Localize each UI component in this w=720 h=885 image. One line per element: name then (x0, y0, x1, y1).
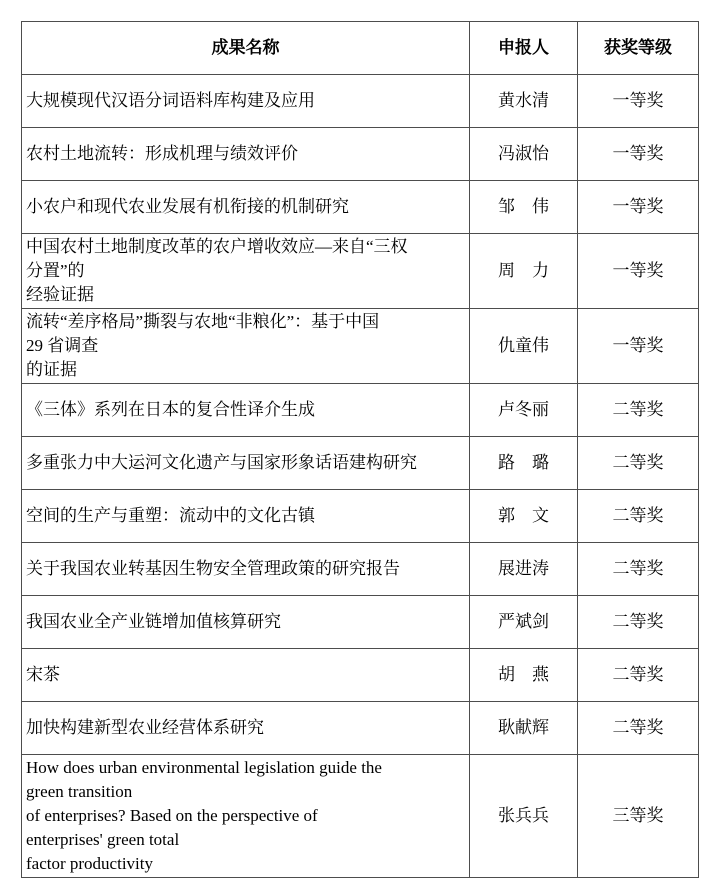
applicant-cell: 邹 伟 (470, 181, 578, 234)
awards-table-body: 大规模现代汉语分词语料库构建及应用黄水清一等奖农村土地流转：形成机理与绩效评价冯… (22, 75, 699, 878)
applicant-cell: 卢冬丽 (470, 384, 578, 437)
applicant-cell: 胡 燕 (470, 649, 578, 702)
result-name-cell: 《三体》系列在日本的复合性译介生成 (22, 384, 470, 437)
award-cell: 二等奖 (578, 490, 699, 543)
result-name-cell: 流转“差序格局”撕裂与农地“非粮化”：基于中国 29 省调查 的证据 (22, 309, 470, 384)
award-cell: 一等奖 (578, 128, 699, 181)
applicant-cell: 黄水清 (470, 75, 578, 128)
result-name-cell: 多重张力中大运河文化遗产与国家形象话语建构研究 (22, 437, 470, 490)
award-cell: 二等奖 (578, 543, 699, 596)
result-name-cell: 中国农村土地制度改革的农户增收效应—来自“三权 分置”的 经验证据 (22, 234, 470, 309)
column-header-applicant: 申报人 (470, 22, 578, 75)
result-name-cell: How does urban environmental legislation… (22, 755, 470, 878)
table-row: 农村土地流转：形成机理与绩效评价冯淑怡一等奖 (22, 128, 699, 181)
table-row: 大规模现代汉语分词语料库构建及应用黄水清一等奖 (22, 75, 699, 128)
column-header-award-level: 获奖等级 (578, 22, 699, 75)
result-name-cell: 大规模现代汉语分词语料库构建及应用 (22, 75, 470, 128)
award-cell: 一等奖 (578, 234, 699, 309)
result-name-cell: 加快构建新型农业经营体系研究 (22, 702, 470, 755)
table-row: 流转“差序格局”撕裂与农地“非粮化”：基于中国 29 省调查 的证据仇童伟一等奖 (22, 309, 699, 384)
applicant-cell: 展进涛 (470, 543, 578, 596)
result-name-cell: 关于我国农业转基因生物安全管理政策的研究报告 (22, 543, 470, 596)
result-name-cell: 空间的生产与重塑：流动中的文化古镇 (22, 490, 470, 543)
table-row: 关于我国农业转基因生物安全管理政策的研究报告展进涛二等奖 (22, 543, 699, 596)
document-page: 成果名称 申报人 获奖等级 大规模现代汉语分词语料库构建及应用黄水清一等奖农村土… (0, 0, 720, 885)
result-name-cell: 小农户和现代农业发展有机衔接的机制研究 (22, 181, 470, 234)
awards-table: 成果名称 申报人 获奖等级 大规模现代汉语分词语料库构建及应用黄水清一等奖农村土… (21, 21, 699, 878)
table-row: 《三体》系列在日本的复合性译介生成卢冬丽二等奖 (22, 384, 699, 437)
applicant-cell: 仇童伟 (470, 309, 578, 384)
award-cell: 二等奖 (578, 702, 699, 755)
applicant-cell: 路 璐 (470, 437, 578, 490)
result-name-cell: 农村土地流转：形成机理与绩效评价 (22, 128, 470, 181)
table-row: 多重张力中大运河文化遗产与国家形象话语建构研究路 璐二等奖 (22, 437, 699, 490)
column-header-result-name: 成果名称 (22, 22, 470, 75)
table-row: How does urban environmental legislation… (22, 755, 699, 878)
table-row: 宋茶胡 燕二等奖 (22, 649, 699, 702)
applicant-cell: 郭 文 (470, 490, 578, 543)
table-row: 加快构建新型农业经营体系研究耿献辉二等奖 (22, 702, 699, 755)
table-row: 小农户和现代农业发展有机衔接的机制研究邹 伟一等奖 (22, 181, 699, 234)
award-cell: 一等奖 (578, 309, 699, 384)
table-row: 中国农村土地制度改革的农户增收效应—来自“三权 分置”的 经验证据周 力一等奖 (22, 234, 699, 309)
applicant-cell: 张兵兵 (470, 755, 578, 878)
award-cell: 一等奖 (578, 75, 699, 128)
award-cell: 二等奖 (578, 649, 699, 702)
result-name-cell: 我国农业全产业链增加值核算研究 (22, 596, 470, 649)
applicant-cell: 周 力 (470, 234, 578, 309)
award-cell: 三等奖 (578, 755, 699, 878)
result-name-cell: 宋茶 (22, 649, 470, 702)
award-cell: 二等奖 (578, 596, 699, 649)
applicant-cell: 冯淑怡 (470, 128, 578, 181)
award-cell: 二等奖 (578, 437, 699, 490)
awards-table-header: 成果名称 申报人 获奖等级 (22, 22, 699, 75)
table-row: 我国农业全产业链增加值核算研究严斌剑二等奖 (22, 596, 699, 649)
header-row: 成果名称 申报人 获奖等级 (22, 22, 699, 75)
award-cell: 二等奖 (578, 384, 699, 437)
table-row: 空间的生产与重塑：流动中的文化古镇郭 文二等奖 (22, 490, 699, 543)
applicant-cell: 耿献辉 (470, 702, 578, 755)
applicant-cell: 严斌剑 (470, 596, 578, 649)
award-cell: 一等奖 (578, 181, 699, 234)
